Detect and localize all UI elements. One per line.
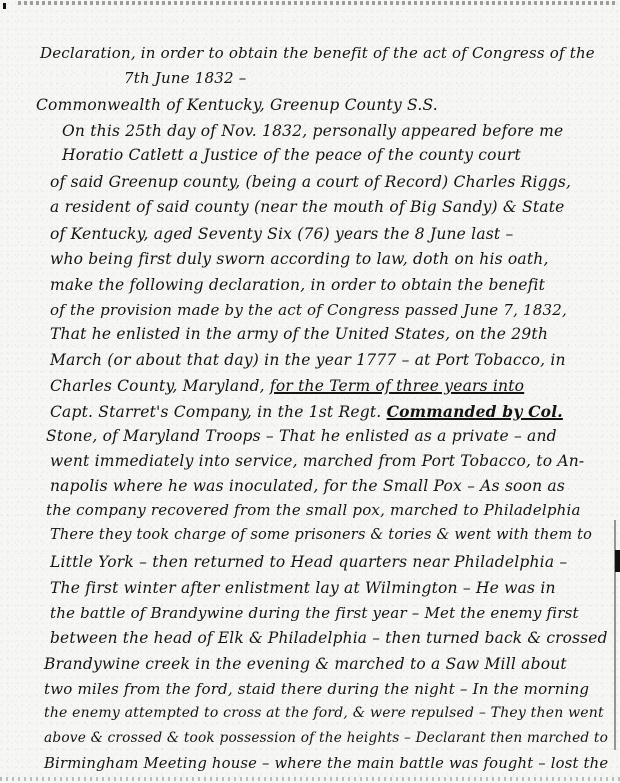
heading-line-1: Declaration, in order to obtain the bene… [40, 44, 595, 62]
body-line-2: Horatio Catlett a Justice of the peace o… [62, 146, 521, 164]
body-line-5: of Kentucky, aged Seventy Six (76) years… [50, 225, 513, 243]
scan-side-mark [615, 550, 620, 572]
body-line-14: went immediately into service, marched f… [50, 452, 584, 470]
body-line-17: There they took charge of some prisoners… [50, 527, 592, 543]
body-line-18: Little York – then returned to Head quar… [50, 553, 567, 571]
body-line-11-text: Charles County, Maryland, [50, 377, 265, 395]
body-line-3: of said Greenup county, (being a court o… [50, 173, 571, 191]
body-line-22: Brandywine creek in the evening & marche… [44, 655, 567, 673]
body-line-6: who being first duly sworn according to … [50, 250, 549, 268]
body-line-9: That he enlisted in the army of the Unit… [50, 325, 548, 343]
scan-corner-mark [3, 3, 6, 9]
term-of-service-phrase: for the Term of three years into [270, 377, 524, 395]
body-line-25: above & crossed & took possession of the… [44, 730, 608, 746]
heading-line-2: 7th June 1832 – [124, 69, 246, 87]
body-line-8: of the provision made by the act of Cong… [50, 301, 567, 319]
body-line-24: the enemy attempted to cross at the ford… [44, 705, 604, 721]
body-line-1: On this 25th day of Nov. 1832, personall… [62, 122, 563, 140]
body-line-7: make the following declaration, in order… [50, 276, 545, 294]
scan-top-edge [18, 1, 618, 5]
commanded-by-phrase: Commanded by Col. [387, 402, 563, 421]
body-line-23: two miles from the ford, staid there dur… [44, 680, 589, 698]
body-line-15: napolis where he was inoculated, for the… [50, 477, 565, 495]
body-line-21: between the head of Elk & Philadelphia –… [50, 629, 608, 647]
body-line-11: Charles County, Maryland, for the Term o… [50, 377, 524, 395]
body-line-13: Stone, of Maryland Troops – That he enli… [46, 427, 557, 445]
body-line-12-text: Capt. Starret's Company, in the 1st Regt… [50, 403, 381, 421]
body-line-20: the battle of Brandywine during the firs… [50, 604, 579, 622]
body-line-26: Birmingham Meeting house – where the mai… [44, 754, 608, 772]
scan-bottom-edge [0, 777, 620, 781]
body-line-12: Capt. Starret's Company, in the 1st Regt… [50, 402, 563, 421]
document-page: Declaration, in order to obtain the bene… [0, 0, 620, 783]
body-line-19: The first winter after enlistment lay at… [50, 579, 556, 597]
body-line-16: the company recovered from the small pox… [46, 501, 581, 519]
venue-line: Commonwealth of Kentucky, Greenup County… [36, 96, 438, 114]
body-line-4: a resident of said county (near the mout… [50, 198, 565, 216]
body-line-10: March (or about that day) in the year 17… [50, 351, 566, 369]
